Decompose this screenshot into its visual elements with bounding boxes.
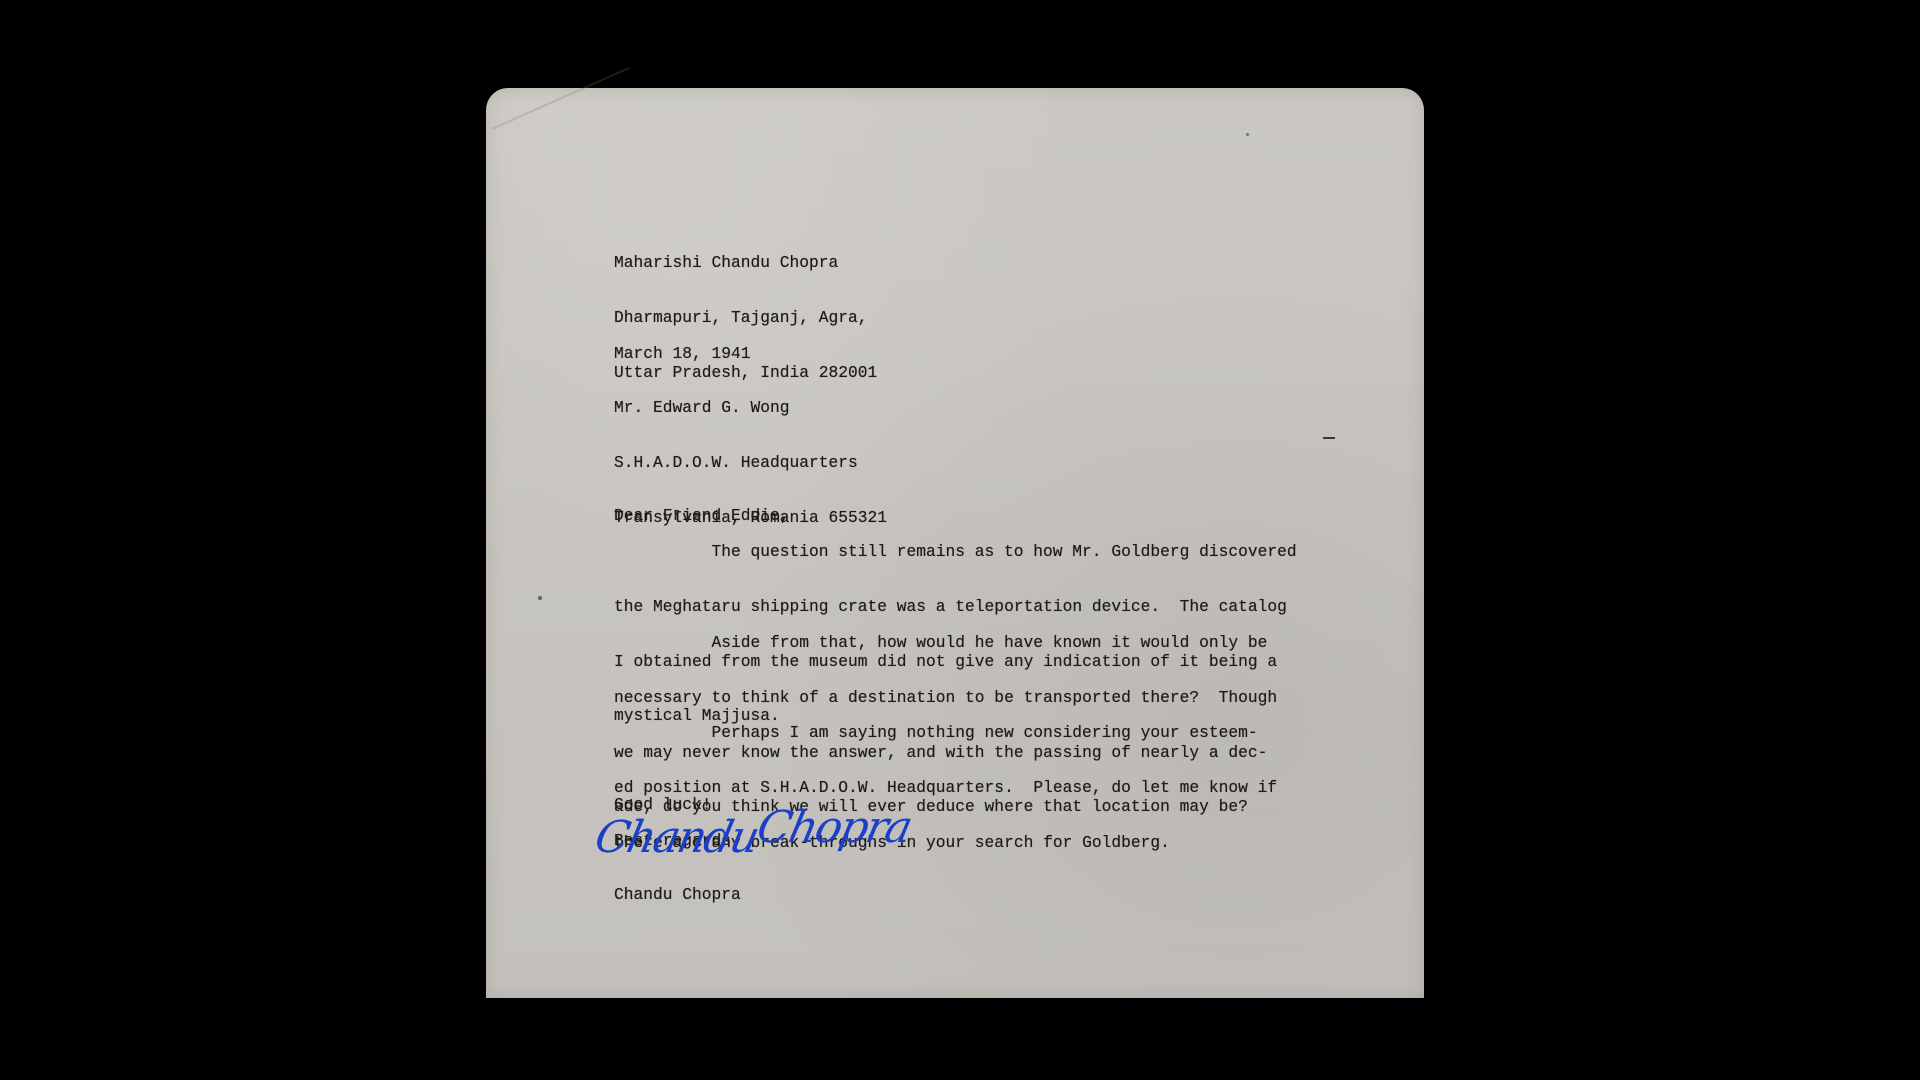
paragraph-line: Aside from that, how would he have known…: [614, 634, 1277, 652]
letter-date: March 18, 1941: [614, 345, 751, 363]
viewer-stage: Maharishi Chandu Chopra Dharmapuri, Tajg…: [0, 0, 1920, 1080]
typed-letter: Maharishi Chandu Chopra Dharmapuri, Tajg…: [614, 0, 653, 528]
typed-name-block: Chandu Chopra: [614, 850, 741, 941]
paragraph-line: The question still remains as to how Mr.…: [614, 543, 1297, 561]
ink-mark: [1323, 437, 1335, 439]
recipient-org: S.H.A.D.O.W. Headquarters: [614, 454, 887, 472]
signature-first-name: Chandu: [591, 812, 763, 863]
typed-name: Chandu Chopra: [614, 886, 741, 904]
ink-speck: [1246, 133, 1249, 136]
ink-speck: [538, 596, 542, 600]
paragraph-line: Perhaps I am saying nothing new consider…: [614, 724, 1277, 742]
recipient-name: Mr. Edward G. Wong: [614, 399, 887, 417]
sender-name: Maharishi Chandu Chopra: [614, 254, 877, 272]
signature-last-name: Chopra: [753, 802, 916, 853]
paragraph-line: ed position at S.H.A.D.O.W. Headquarters…: [614, 779, 1277, 797]
